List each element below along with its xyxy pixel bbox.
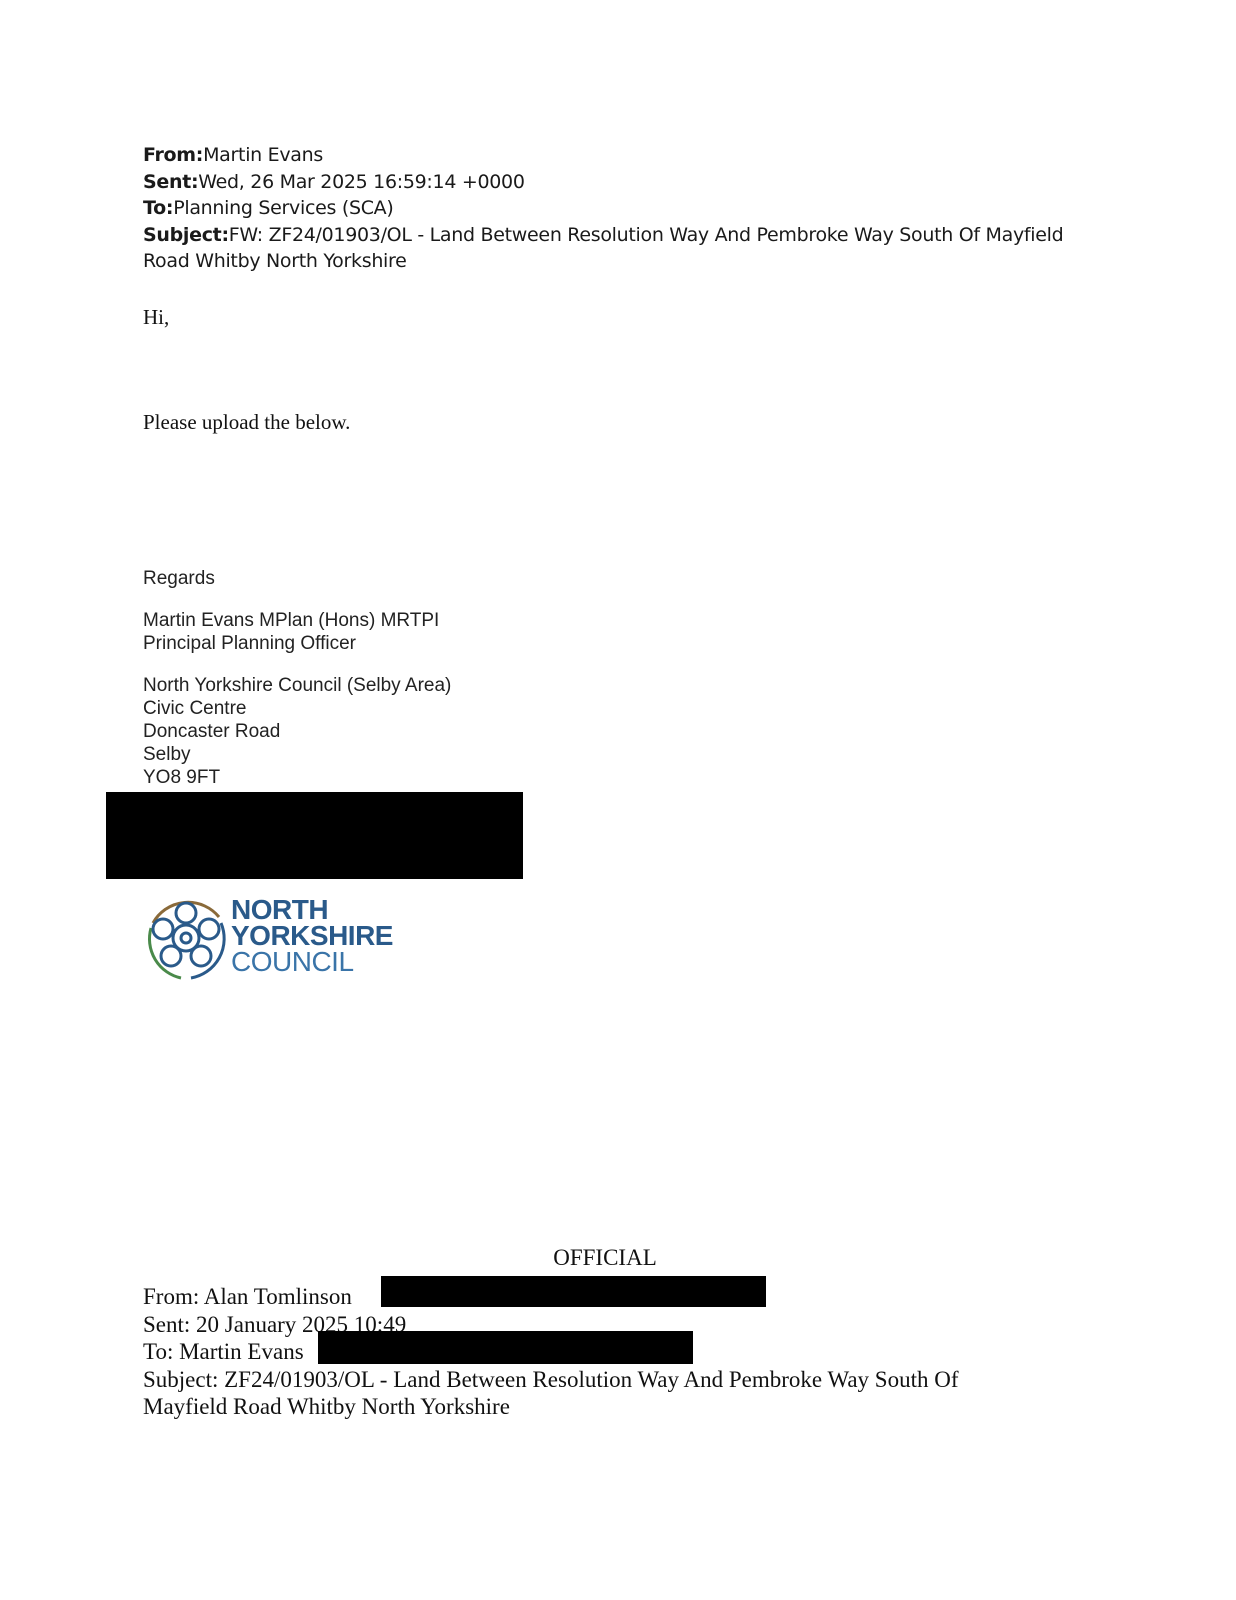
redaction-block bbox=[106, 792, 523, 879]
closing: Regards bbox=[143, 567, 215, 590]
sent-value: Wed, 26 Mar 2025 16:59:14 +0000 bbox=[198, 171, 524, 193]
to-row: To:Planning Services (SCA) bbox=[143, 195, 1063, 222]
to-value: Planning Services (SCA) bbox=[173, 197, 393, 219]
signature-name: Martin Evans MPlan (Hons) MRTPI bbox=[143, 609, 439, 632]
fwd-subject-cont: Mayfield Road Whitby North Yorkshire bbox=[143, 1393, 1043, 1421]
fwd-subject: Subject: ZF24/01903/OL - Land Between Re… bbox=[143, 1366, 1043, 1394]
redaction-to-email bbox=[318, 1331, 693, 1364]
subject-row-cont: Road Whitby North Yorkshire bbox=[143, 248, 1063, 275]
signature-title: Principal Planning Officer bbox=[143, 632, 439, 655]
from-row: From:Martin Evans bbox=[143, 142, 1063, 169]
address-line: YO8 9FT bbox=[143, 766, 451, 789]
signature-name-block: Martin Evans MPlan (Hons) MRTPI Principa… bbox=[143, 609, 439, 655]
yorkshire-rose-icon bbox=[141, 893, 231, 983]
address-block: North Yorkshire Council (Selby Area) Civ… bbox=[143, 674, 451, 789]
from-value: Martin Evans bbox=[203, 144, 323, 166]
address-line: North Yorkshire Council (Selby Area) bbox=[143, 674, 451, 697]
subject-row: Subject:FW: ZF24/01903/OL - Land Between… bbox=[143, 222, 1063, 249]
subject-value: FW: ZF24/01903/OL - Land Between Resolut… bbox=[229, 224, 1064, 246]
redaction-from-email bbox=[381, 1276, 766, 1307]
address-line: Civic Centre bbox=[143, 697, 451, 720]
message: Please upload the below. bbox=[143, 410, 350, 435]
greeting: Hi, bbox=[143, 305, 169, 330]
sent-row: Sent:Wed, 26 Mar 2025 16:59:14 +0000 bbox=[143, 169, 1063, 196]
address-line: Doncaster Road bbox=[143, 720, 451, 743]
email-header: From:Martin Evans Sent:Wed, 26 Mar 2025 … bbox=[143, 142, 1063, 275]
classification-label: OFFICIAL bbox=[0, 1245, 1210, 1271]
logo-wordmark: NORTH YORKSHIRE COUNCIL bbox=[231, 897, 393, 975]
address-line: Selby bbox=[143, 743, 451, 766]
council-logo: NORTH YORKSHIRE COUNCIL bbox=[141, 893, 401, 983]
